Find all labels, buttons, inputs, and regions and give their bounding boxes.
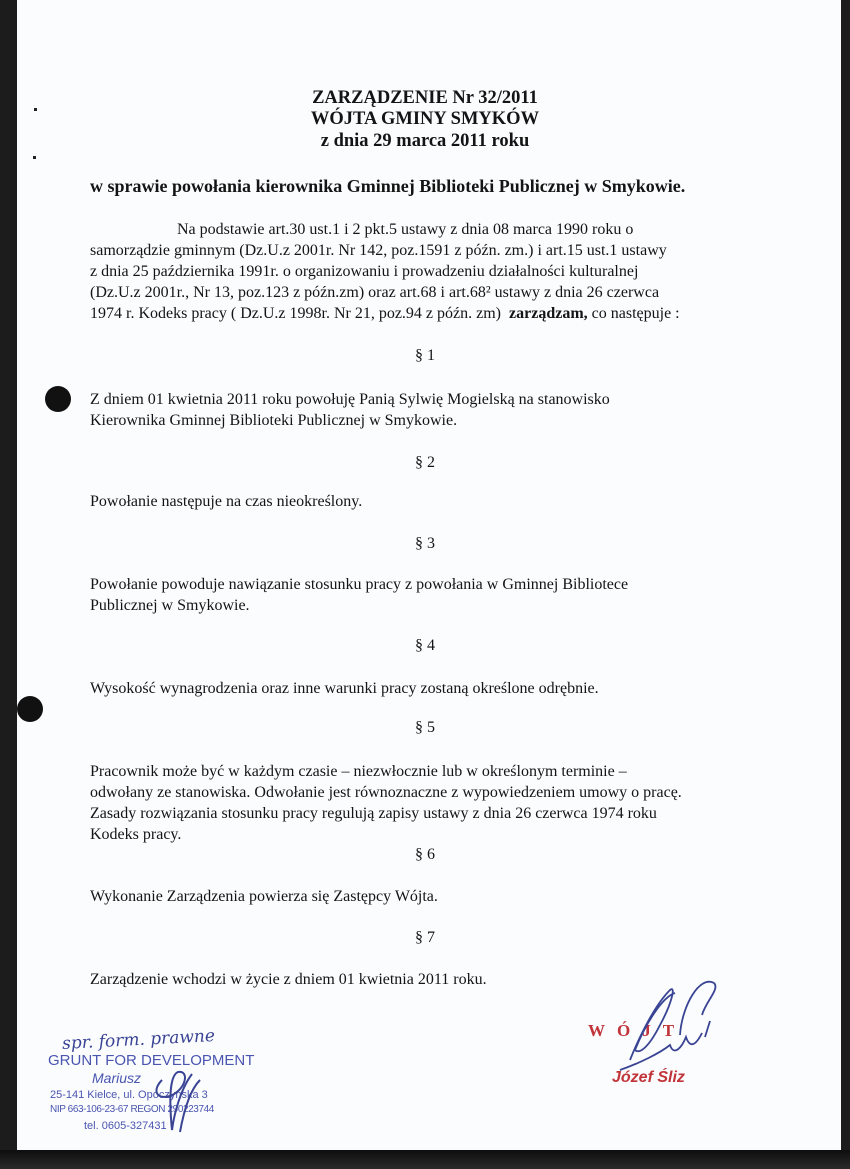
document-title: ZARZĄDZENIE Nr 32/2011 xyxy=(0,88,850,108)
section-4-text: Wysokość wynagrodzenia oraz inne warunki… xyxy=(90,678,810,699)
section-mark-6: § 6 xyxy=(0,846,850,864)
stamp-person: Mariusz xyxy=(92,1070,141,1086)
decree-keyword: zarządzam, xyxy=(509,305,588,322)
preamble-line: Na podstawie art.30 ust.1 i 2 pkt.5 usta… xyxy=(90,219,810,240)
section-mark-4: § 4 xyxy=(0,637,850,655)
section-5-text: Pracownik może być w każdym czasie – nie… xyxy=(90,761,810,845)
official-signature xyxy=(610,975,740,1085)
section-1-text: Z dniem 01 kwietnia 2011 roku powołuję P… xyxy=(90,389,810,431)
scan-border xyxy=(0,1150,850,1169)
section-mark-5: § 5 xyxy=(0,719,850,737)
preamble: Na podstawie art.30 ust.1 i 2 pkt.5 usta… xyxy=(90,219,810,324)
section-3-text: Powołanie powoduje nawiązanie stosunku p… xyxy=(90,574,810,616)
issuer-title: WÓJTA GMINY SMYKÓW xyxy=(0,109,850,129)
company-signature xyxy=(150,1060,210,1140)
preamble-line: (Dz.U.z 2001r., Nr 13, poz.123 z późn.zm… xyxy=(90,282,810,303)
preamble-line: 1974 r. Kodeks pracy ( Dz.U.z 1998r. Nr … xyxy=(90,303,810,324)
section-2-text: Powołanie następuje na czas nieokreślony… xyxy=(90,491,810,512)
preamble-line: z dnia 25 października 1991r. o organizo… xyxy=(90,261,810,282)
document-date: z dnia 29 marca 2011 roku xyxy=(0,131,850,151)
document-subject: w sprawie powołania kierownika Gminnej B… xyxy=(90,176,685,197)
punch-hole xyxy=(45,386,71,412)
section-mark-7: § 7 xyxy=(0,929,850,947)
section-mark-2: § 2 xyxy=(0,454,850,472)
preamble-line: samorządzie gminnym (Dz.U.z 2001r. Nr 14… xyxy=(90,240,810,261)
section-mark-3: § 3 xyxy=(0,535,850,553)
section-6-text: Wykonanie Zarządzenia powierza się Zastę… xyxy=(90,886,810,907)
scan-speck xyxy=(33,156,36,159)
section-mark-1: § 1 xyxy=(0,347,850,365)
